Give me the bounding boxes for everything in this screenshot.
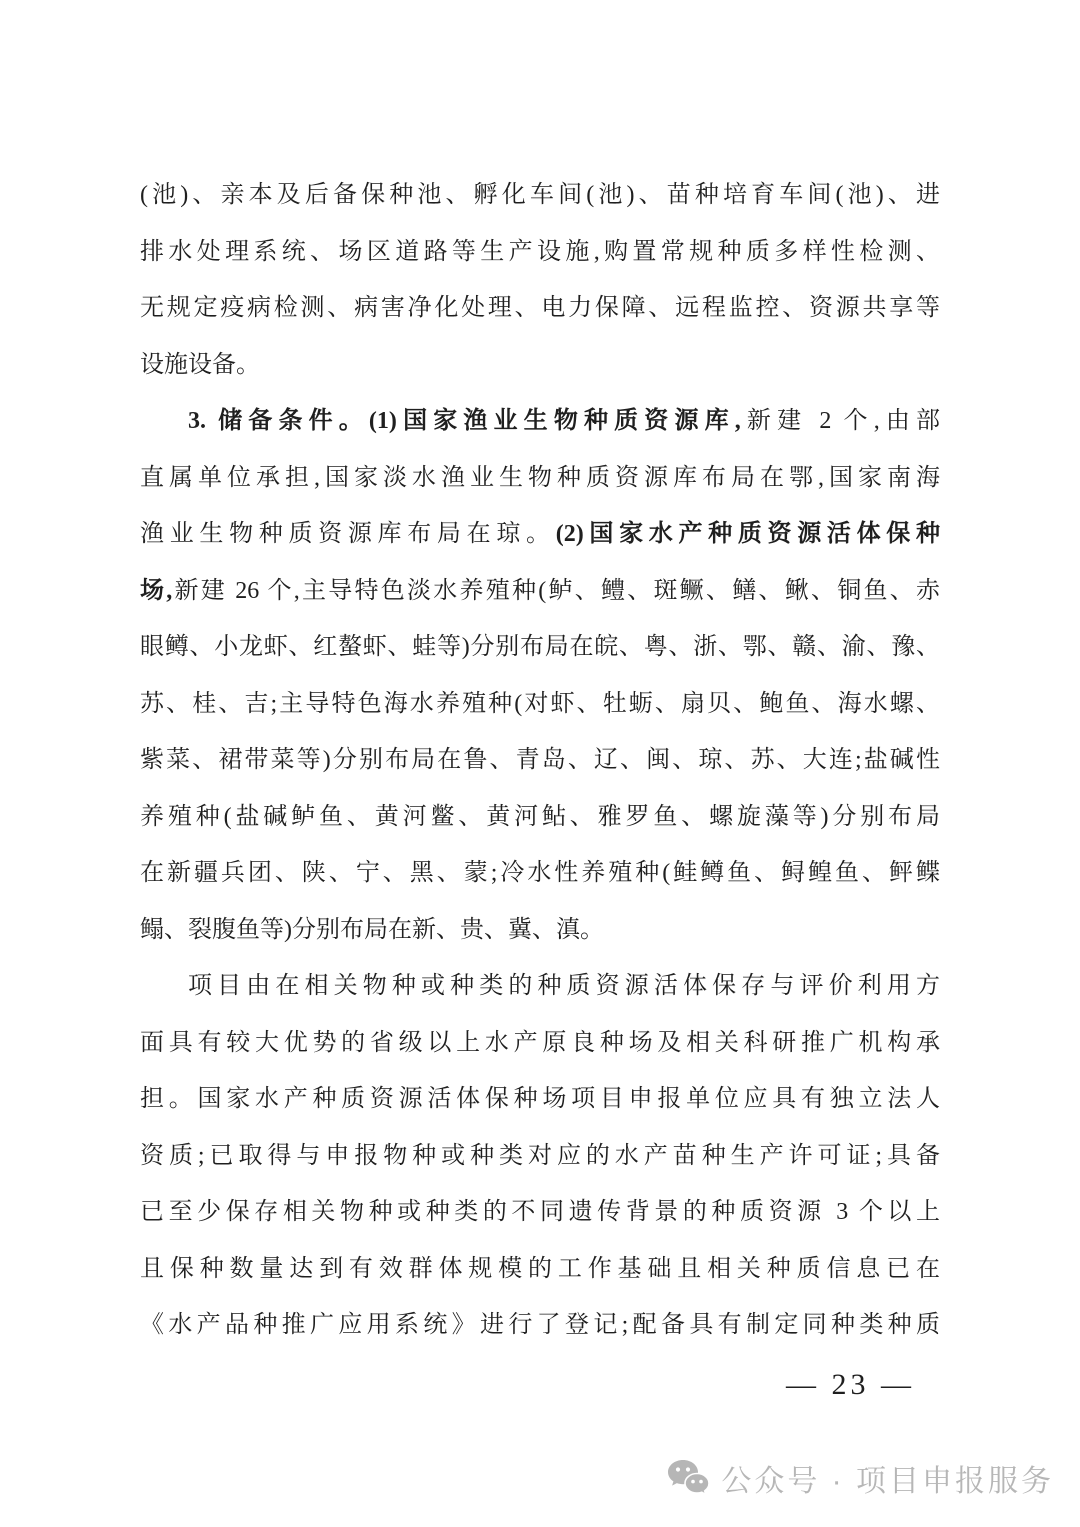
page-number: — 23 — [786, 1368, 915, 1402]
text-run: 担。国家水产种质资源活体保种场项目申报单位应具有独立法人 [140, 1086, 940, 1112]
text-run: (池)、亲本及后备保种池、孵化车间(池)、苗种培育车间(池)、进 [140, 182, 940, 208]
paragraph: 3. 储备条件。(1)国家渔业生物种质资源库,新建 2 个,由部直属单位承担,国… [140, 393, 940, 958]
text-line: 紫菜、裙带菜等)分别布局在鲁、青岛、辽、闽、琼、苏、大连;盐碱性 [140, 732, 940, 789]
paragraph: 项目由在相关物种或种类的种质资源活体保存与评价利用方面具有较大优势的省级以上水产… [140, 958, 940, 1354]
text-line: 鳎、裂腹鱼等)分别布局在新、贵、冀、滇。 [140, 902, 940, 959]
text-run: 资质;已取得与申报物种或种类对应的水产苗种生产许可证;具备 [140, 1143, 940, 1169]
text-line: 场,新建 26 个,主导特色淡水养殖种(鲈、鳢、斑鳜、鳝、鳅、铜鱼、赤 [140, 563, 940, 620]
text-run: 眼鳟、小龙虾、红螯虾、蛙等)分别布局在皖、粤、浙、鄂、赣、渝、豫、 [140, 634, 940, 660]
text-run: 项目由在相关物种或种类的种质资源活体保存与评价利用方 [188, 973, 940, 999]
text-run: 面具有较大优势的省级以上水产原良种场及相关科研推广机构承 [140, 1030, 940, 1056]
wechat-icon [667, 1459, 709, 1497]
text-run: 鳎、裂腹鱼等)分别布局在新、贵、冀、滇。 [140, 917, 604, 943]
text-run: 渔业生物种质资源库布局在琼。 [140, 521, 556, 547]
text-run: 无规定疫病检测、病害净化处理、电力保障、远程监控、资源共享等 [140, 295, 940, 321]
text-line: 已至少保存相关物种或种类的不同遗传背景的种质资源 3 个以上 [140, 1184, 940, 1241]
bold-text-run: 3. 储备条件。(1)国家渔业生物种质资源库, [188, 408, 741, 434]
text-line: (池)、亲本及后备保种池、孵化车间(池)、苗种培育车间(池)、进 [140, 167, 940, 224]
text-line: 直属单位承担,国家淡水渔业生物种质资源库布局在鄂,国家南海 [140, 450, 940, 507]
text-line: 渔业生物种质资源库布局在琼。(2)国家水产种质资源活体保种 [140, 506, 940, 563]
document-page: (池)、亲本及后备保种池、孵化车间(池)、苗种培育车间(池)、进排水处理系统、场… [0, 0, 1080, 1527]
text-line: 眼鳟、小龙虾、红螯虾、蛙等)分别布局在皖、粤、浙、鄂、赣、渝、豫、 [140, 619, 940, 676]
text-line: 面具有较大优势的省级以上水产原良种场及相关科研推广机构承 [140, 1015, 940, 1072]
text-run: 新建 2 个,由部 [741, 408, 940, 434]
text-line: 3. 储备条件。(1)国家渔业生物种质资源库,新建 2 个,由部 [140, 393, 940, 450]
page-number-label: — 23 — [786, 1368, 915, 1401]
text-run: 苏、桂、吉;主导特色海水养殖种(对虾、牡蛎、扇贝、鲍鱼、海水螺、 [140, 691, 940, 717]
text-run: 在新疆兵团、陕、宁、黑、蒙;冷水性养殖种(鲑鳟鱼、鲟鳇鱼、鲆鲽 [140, 860, 940, 886]
text-run: 养殖种(盐碱鲈鱼、黄河鳖、黄河鲇、雅罗鱼、螺旋藻等)分别布局 [140, 804, 940, 830]
paragraph: (池)、亲本及后备保种池、孵化车间(池)、苗种培育车间(池)、进排水处理系统、场… [140, 167, 940, 393]
text-line: 苏、桂、吉;主导特色海水养殖种(对虾、牡蛎、扇贝、鲍鱼、海水螺、 [140, 676, 940, 733]
text-line: 在新疆兵团、陕、宁、黑、蒙;冷水性养殖种(鲑鳟鱼、鲟鳇鱼、鲆鲽 [140, 845, 940, 902]
text-run: 紫菜、裙带菜等)分别布局在鲁、青岛、辽、闽、琼、苏、大连;盐碱性 [140, 747, 940, 773]
text-line: 养殖种(盐碱鲈鱼、黄河鳖、黄河鲇、雅罗鱼、螺旋藻等)分别布局 [140, 789, 940, 846]
text-run: 设施设备。 [140, 352, 260, 378]
text-line: 排水处理系统、场区道路等生产设施,购置常规种质多样性检测、 [140, 224, 940, 281]
text-line: 项目由在相关物种或种类的种质资源活体保存与评价利用方 [140, 958, 940, 1015]
text-run: 已至少保存相关物种或种类的不同遗传背景的种质资源 3 个以上 [140, 1199, 940, 1225]
bold-text-run: 场, [140, 578, 172, 604]
text-run: 直属单位承担,国家淡水渔业生物种质资源库布局在鄂,国家南海 [140, 465, 940, 491]
wechat-watermark: 公众号 · 项目申报服务 [667, 1456, 1054, 1500]
text-run: 排水处理系统、场区道路等生产设施,购置常规种质多样性检测、 [140, 239, 940, 265]
text-line: 担。国家水产种质资源活体保种场项目申报单位应具有独立法人 [140, 1071, 940, 1128]
text-line: 且保种数量达到有效群体规模的工作基础且相关种质信息已在 [140, 1241, 940, 1298]
text-line: 设施设备。 [140, 337, 940, 394]
bold-text-run: (2)国家水产种质资源活体保种 [556, 521, 940, 547]
watermark-label: 公众号 · 项目申报服务 [721, 1456, 1054, 1500]
text-run: 《水产品种推广应用系统》进行了登记;配备具有制定同种类种质 [140, 1312, 940, 1338]
text-line: 资质;已取得与申报物种或种类对应的水产苗种生产许可证;具备 [140, 1128, 940, 1185]
text-run: 且保种数量达到有效群体规模的工作基础且相关种质信息已在 [140, 1256, 940, 1282]
text-run: 新建 26 个,主导特色淡水养殖种(鲈、鳢、斑鳜、鳝、鳅、铜鱼、赤 [172, 578, 940, 604]
document-body: (池)、亲本及后备保种池、孵化车间(池)、苗种培育车间(池)、进排水处理系统、场… [140, 167, 940, 1354]
text-line: 无规定疫病检测、病害净化处理、电力保障、远程监控、资源共享等 [140, 280, 940, 337]
text-line: 《水产品种推广应用系统》进行了登记;配备具有制定同种类种质 [140, 1297, 940, 1354]
